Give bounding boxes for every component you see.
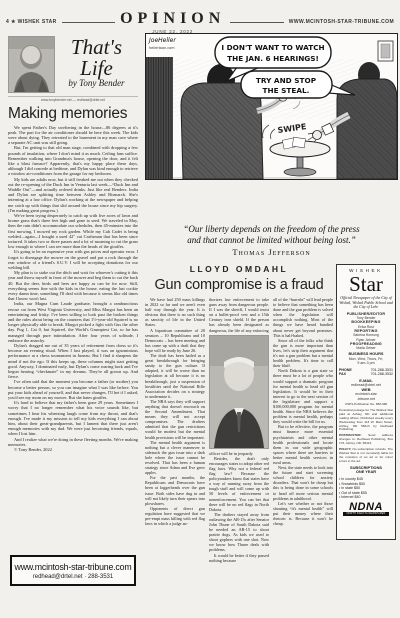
ndna-logo: NDNA NORTH DAKOTA NEWSPAPER ASSOCIATION [343,502,389,516]
body-paragraph: India, our Magna Cum Laude graduate, bro… [8,301,138,343]
omdahl-article-columns: We have had 250 mass killings in 2022 so… [145,297,333,588]
masthead-sidebar: WISHEK Star Official Newspaper of the Ci… [336,264,396,540]
article-paragraph: It would be better if they passed nothin… [209,553,269,563]
web-address-line1: mcintosh-star [351,392,381,396]
cartoonist-signature: JoeHeller [148,37,176,44]
tony-bender-photo-art [9,37,54,92]
bubble2-line1: TRY AND STOP [256,76,317,85]
article-paragraph: Let's see whether or not those shouting … [273,501,333,526]
quote-attribution: Thomas Jefferson [145,247,398,257]
bubble2-line2: THE STEAL. [263,86,310,95]
omdahl-column-2: thorizes law enforcement to take guns aw… [209,297,269,588]
house-ad-box: www.mcintosh-star-tribune.com redhead@dr… [10,555,136,586]
masthead-tagline: Official Newspaper of the City of Wishek… [339,296,393,310]
quote-line1: “Our liberty depends on the freedom of t… [145,224,398,235]
business-hours-times: 9 am-3 pm [348,361,383,365]
masthead-star-logo: Star [349,275,383,294]
omdahl-column-3: all of the “hurrahs” will lead people to… [273,297,333,588]
page-header: 4 ★ WISHEK STAR OPINION JUNE 22, 2022 WW… [6,10,394,34]
phone-fax-block: PHONE701-288-3531 FAX701-288-3532 [339,368,393,377]
article-paragraph: The mental health argument is nothing bu… [145,440,205,476]
thats-life-title: That's Life by Tony Bender [55,36,138,93]
title-word-life: Life [55,58,138,78]
body-paragraph: We've been trying desperately to catch u… [8,213,138,249]
article-paragraph: all of the “hurrahs” will lead people to… [273,297,333,338]
tony-bender-photo [8,36,55,93]
body-paragraph: My plan is to stake out the ditch and wa… [8,270,138,301]
bubble1-line2: THE JAN. 6 HEARINGS! [227,54,319,63]
article-paragraph: For the past months, the Republicans and… [145,475,205,506]
body-paragraph: It's going to be an expensive year with … [8,249,138,270]
article-paragraph: Besides, the draft only encourages state… [209,456,269,512]
swiping-hand [313,131,322,140]
ad-website: www.mcintosh-star-tribune.com [14,562,132,572]
body-paragraph: It's hard to believe that my father's be… [8,400,138,436]
body-paragraph: Dylan's dragged me out of 35 years of re… [8,343,138,379]
email-web-block: E-MAIL redhead@drtel.net WEB mcintosh-st… [351,379,381,401]
article-paragraph: A bipartisan committee of 20 senators – … [145,328,205,353]
article-paragraph: We have had 250 mass killings in 2022 so… [145,297,205,328]
web-address-line2: -tribune.net [351,397,381,401]
quote-line2: and that cannot be limited without being… [145,235,398,246]
subscription-rates: • In county $45 • Snowbirds $50 • In sta… [339,477,393,500]
columnist-contact-line: www.tonybender.net — redhead@drtel.net [8,96,138,102]
header-rule-right [230,22,283,23]
subscriptions-term: ONE YEAR [350,470,382,475]
usps-number: USPS Publication No. 688-980 [345,403,387,407]
subscriptions-block: SUBSCRIPTIONS ONE YEAR [350,466,382,475]
subscription-rate: • Internet $40 [339,495,393,500]
article-paragraph: The NRA says they will support anything … [145,399,205,440]
bubble1-line1: I DON'T WANT TO WATCH [221,43,324,52]
article-paragraph: Next, the state needs to look into the f… [273,465,333,501]
ndna-wordmark: NDNA [343,502,389,512]
making-memories-body: We spent Father's Day sweltering in the … [8,125,138,550]
staff-name: Marla Geiser [347,346,385,350]
article-paragraph: North Dakota is a gun state so there mus… [273,368,333,424]
lloyd-omdahl-photo-art [210,336,268,448]
title-word-thats: That's [55,36,138,58]
masthead-staff-list: PUBLISHER/EDITOR Tony Bender BOOKKEEPING… [347,312,385,351]
ad-contact: redhead@drtel.net · 288-3531 [14,574,132,580]
thats-life-column: That's Life by Tony Bender www.tonybende… [8,36,138,586]
business-hours: BUSINESS HOURS Mon, Wed, Thurs, Fri, 9 a… [348,352,383,365]
copyright-line: © Tony Bender, 2022 [8,447,138,452]
editorial-cartoon: JoeHeller hellertoon.com [145,33,398,180]
postmaster-notice: POSTMASTER: Send address changes to: Red… [339,434,393,446]
section-title: OPINION [120,11,225,27]
omdahl-byline: LLOYD OMDAHL [145,264,333,274]
article-paragraph: thorizes law enforcement to take guns aw… [209,297,269,333]
periodical-notice: Periodical postage for The Wishek Star p… [339,409,393,432]
article-paragraph: The drafters stayed away from outlawing … [209,512,269,553]
article-paragraph: The draft has been hailed as a great bre… [145,353,205,399]
column-byline: by Tony Bender [55,78,138,88]
omdahl-headline: Gun compromise is a fraud [145,277,333,293]
ndna-association-name: NORTH DAKOTA NEWSPAPER ASSOCIATION [343,512,389,516]
article-paragraph: But to be effective, the program must fi… [273,424,333,465]
fax-number: 701-288-3532 [371,372,393,376]
lloyd-omdahl-photo [209,335,269,449]
page-number-masthead: 4 ★ WISHEK STAR [6,19,57,25]
section-title-block: OPINION JUNE 22, 2022 [120,11,225,34]
body-paragraph: But, I'm getting to that old man stage, … [8,145,138,176]
press-freedom-quote: “Our liberty depends on the freedom of t… [145,224,398,257]
header-rule-left [62,22,115,23]
body-paragraph: And I realize what we're doing in these … [8,437,138,447]
making-memories-headline: Making memories [8,106,138,122]
fax-label: FAX [339,372,346,376]
cartoonist-website: hellertoon.com [149,46,175,50]
policy-notice: POLICY: No subscription refunds. The Wis… [339,448,393,464]
header-website: WWW.MCINTOSH-STAR-TRIBUNE.COM [289,19,394,25]
cartoon-art: JoeHeller hellertoon.com [145,33,398,180]
body-paragraph: My kids are adults now, but it still fre… [8,177,138,213]
body-paragraph: We spent Father's Day sweltering in the … [8,125,138,146]
body-paragraph: I've often said that the moment you beco… [8,379,138,400]
thats-life-header: That's Life by Tony Bender [8,36,138,93]
article-paragraph: Since all of the folks who think the gun… [273,338,333,369]
omdahl-column-1: We have had 250 mass killings in 2022 so… [145,297,205,588]
article-paragraph: Opponents of direct gun regulation have … [145,506,205,526]
